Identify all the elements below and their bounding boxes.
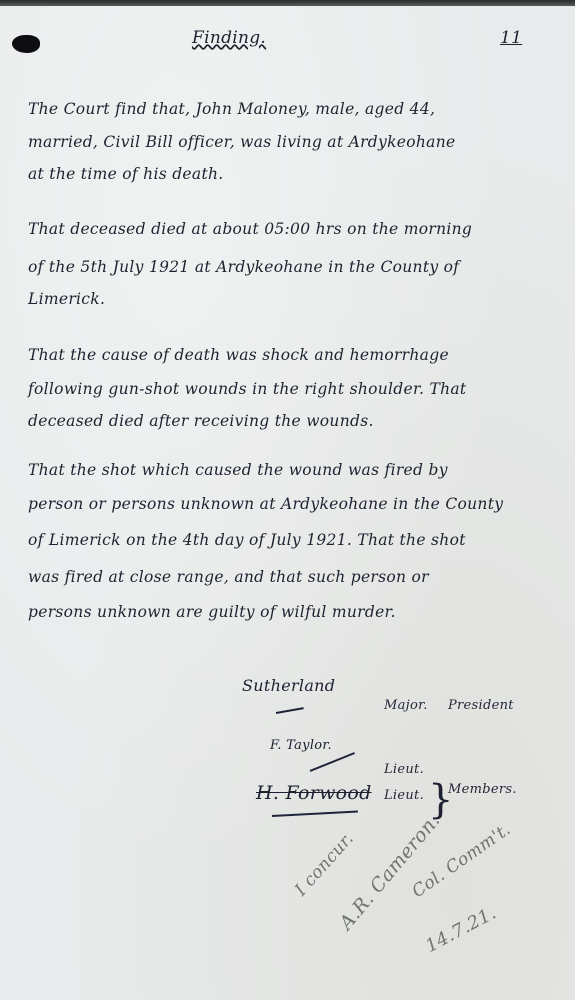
president-role: President — [448, 698, 514, 713]
members-label: Members. — [448, 782, 517, 797]
paragraph-4-line-5: persons unknown are guilty of wilful mur… — [28, 603, 396, 621]
member-1-rank: Lieut. — [384, 762, 424, 777]
president-rank: Major. — [384, 698, 428, 713]
paragraph-2-line-2: of the 5th July 1921 at Ardykeohane in t… — [28, 258, 459, 276]
paragraph-3-line-3: deceased died after receiving the wounds… — [28, 412, 374, 430]
paragraph-4-line-1: That the shot which caused the wound was… — [28, 461, 448, 479]
paragraph-1-line-1: The Court find that, John Maloney, male,… — [28, 100, 435, 118]
paragraph-3-line-2: following gun-shot wounds in the right s… — [28, 380, 466, 398]
paragraph-3-line-1: That the cause of death was shock and he… — [28, 346, 449, 364]
member-2-rank: Lieut. — [384, 788, 424, 803]
signature-president: Sutherland — [242, 676, 335, 695]
paragraph-4-line-2: person or persons unknown at Ardykeohane… — [28, 495, 503, 513]
signature-member-1: F. Taylor. — [270, 738, 332, 753]
document-title: Finding. — [192, 28, 266, 48]
paragraph-4-line-4: was fired at close range, and that such … — [28, 568, 429, 586]
signature-member-2: H. Forwood — [256, 782, 372, 804]
paragraph-1-line-2: married, Civil Bill officer, was living … — [28, 133, 455, 151]
paragraph-4-line-3: of Limerick on the 4th day of July 1921.… — [28, 531, 466, 549]
paragraph-2-line-1: That deceased died at about 05:00 hrs on… — [28, 220, 472, 238]
ink-blot — [12, 35, 40, 53]
paragraph-1-line-3: at the time of his death. — [28, 165, 223, 183]
page-number: 11 — [500, 28, 522, 48]
paragraph-2-line-3: Limerick. — [28, 290, 105, 308]
